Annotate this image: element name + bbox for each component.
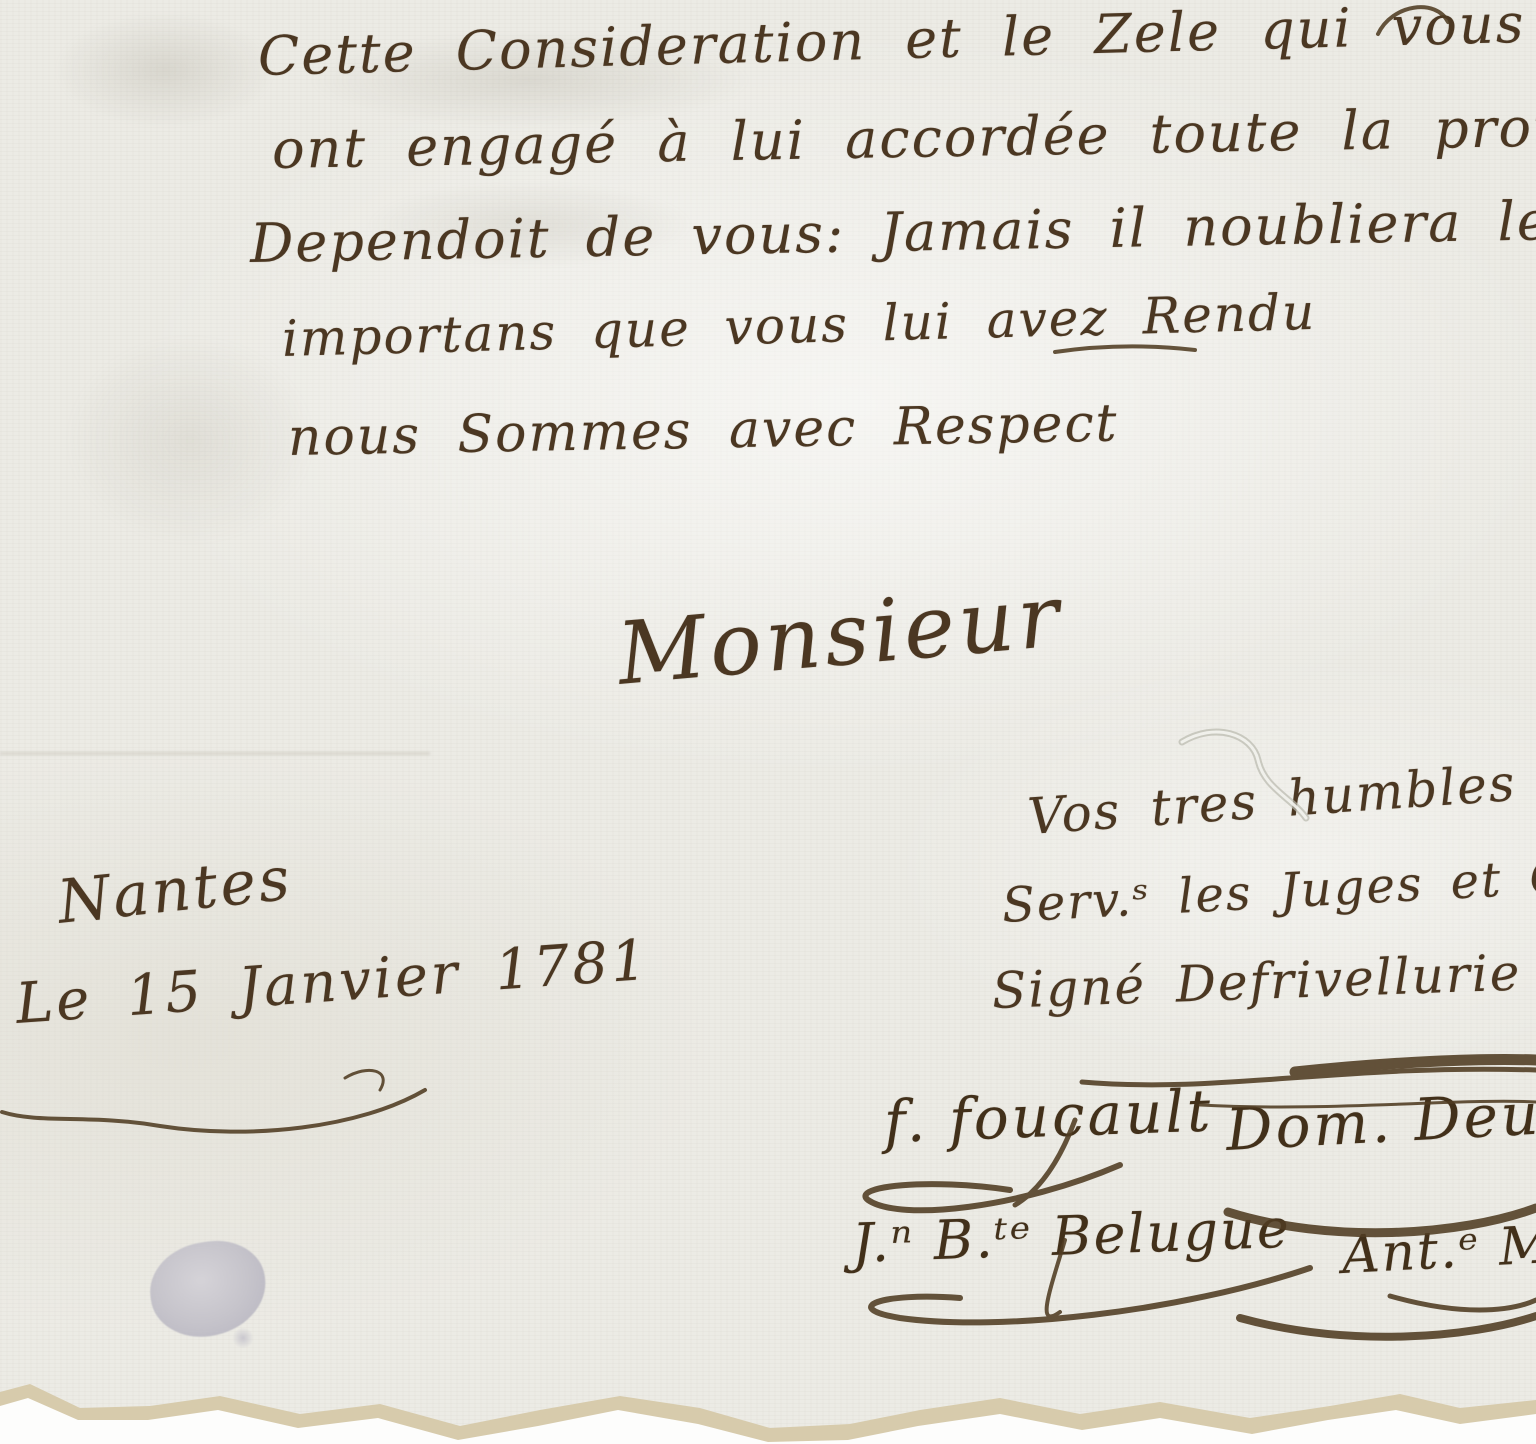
seal-residue-dot: [232, 1328, 254, 1348]
letter-scan: Cette Consideration et le Zele qui vous …: [0, 0, 1536, 1444]
signature-foucault: f. foucault: [883, 1077, 1214, 1156]
paper-crease: [0, 752, 430, 755]
